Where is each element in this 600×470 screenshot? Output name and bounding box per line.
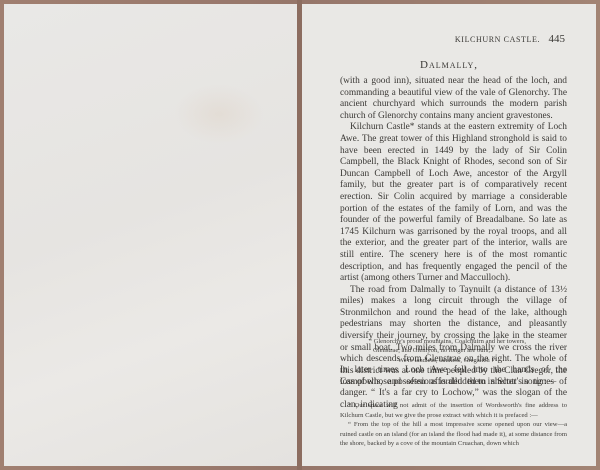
paper-stain [174,84,264,144]
paragraph: (with a good inn), situated near the hea… [340,76,567,122]
footnotes: * Our space will not admit of the insert… [340,401,567,449]
left-page [4,4,297,466]
footnote: “ From the top of the hill a most impres… [340,420,567,449]
verse-line: “ Glenorchy's proud mountains, Coalchuir… [340,337,567,346]
verse-line: We're landless, landless, Gregalich !” [340,356,567,365]
verse-quote: “ Glenorchy's proud mountains, Coalchuir… [340,337,567,365]
footnote: * Our space will not admit of the insert… [340,401,567,420]
right-page: KILCHURN CASTLE. 445 Dalmally, (with a g… [302,4,596,466]
page-number: 445 [549,33,566,45]
section-title: Dalmally, [302,59,596,71]
verse-line: Glenstrae, and Glenlyon, no longer are o… [340,346,567,355]
paragraph: Kilchurn Castle* stands at the eastern e… [340,122,567,284]
